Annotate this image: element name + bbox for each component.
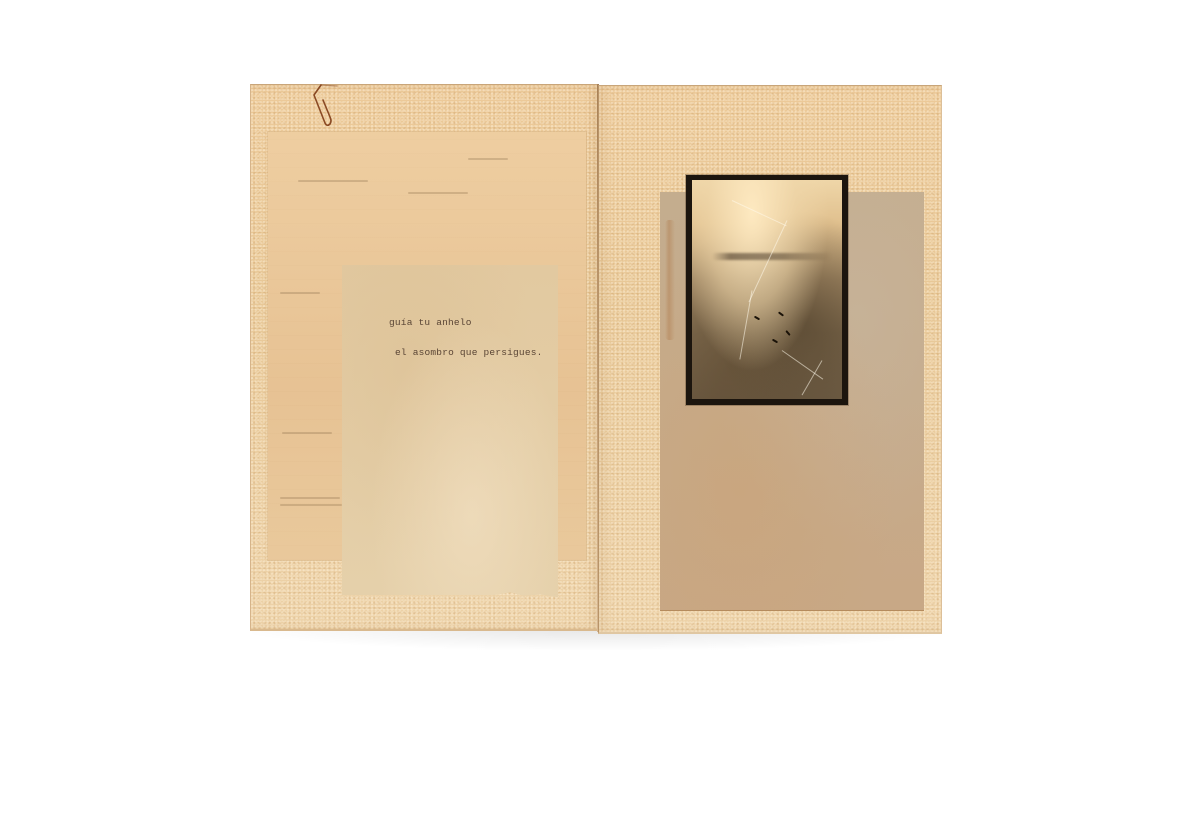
paper-stain	[665, 220, 675, 340]
cloud-band	[712, 253, 832, 260]
poem-line-1: guía tu anhelo	[383, 318, 543, 328]
photo-crack	[749, 220, 788, 302]
scene: guía tu anhelo el asombro que persigues.	[0, 0, 1200, 828]
faint-typed-mark	[282, 432, 332, 434]
typed-poem: guía tu anhelo el asombro que persigues.	[383, 298, 543, 378]
bird-icon	[772, 339, 778, 344]
faint-typed-mark	[298, 180, 368, 182]
photo-crack	[782, 350, 824, 379]
photo-image-area	[692, 180, 842, 399]
poem-line-2: el asombro que persigues.	[383, 348, 543, 358]
photo-crack	[739, 290, 752, 359]
bird-icon	[754, 316, 760, 321]
bird-icon	[778, 311, 784, 316]
photo-crack	[732, 200, 787, 226]
faint-typed-mark	[280, 497, 340, 499]
bird-icon	[785, 330, 790, 336]
faint-typed-mark	[280, 292, 320, 294]
faint-typed-mark	[408, 192, 468, 194]
faint-typed-mark	[468, 158, 508, 160]
faint-typed-mark	[280, 504, 342, 506]
sky-photograph	[686, 175, 848, 405]
paperclip-icon	[307, 83, 339, 129]
